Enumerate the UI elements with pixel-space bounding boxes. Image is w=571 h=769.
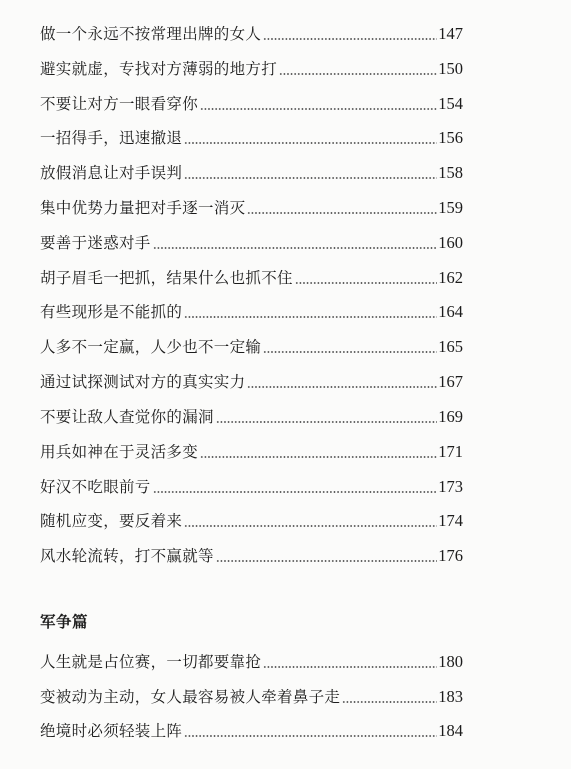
entry-title: 人多不一定赢，人少也不一定输: [40, 337, 261, 357]
toc-entry: 放假消息让对手误判 158: [40, 159, 463, 183]
entry-title: 要善于迷惑对手: [40, 233, 151, 253]
entry-page-number: 150: [438, 59, 463, 79]
toc-entry: 好汉不吃眼前亏 173: [40, 473, 463, 497]
entry-title: 风水轮流转，打不赢就等: [40, 546, 214, 566]
entry-title: 通过试探测试对方的真实实力: [40, 372, 245, 392]
entry-page-number: 154: [438, 94, 463, 114]
toc-entry: 集中优势力量把对手逐一消灭 159: [40, 194, 463, 218]
dot-leader: [153, 491, 438, 493]
entry-page-number: 165: [438, 337, 463, 357]
dot-leader: [279, 73, 437, 75]
toc-entry: 有些现形是不能抓的 164: [40, 298, 463, 322]
entry-page-number: 164: [438, 302, 463, 322]
dot-leader: [216, 560, 437, 562]
dot-leader: [200, 108, 437, 110]
entry-title: 避实就虚，专找对方薄弱的地方打: [40, 59, 277, 79]
toc-entry: 避实就虚，专找对方薄弱的地方打 150: [40, 55, 463, 79]
dot-leader: [263, 38, 437, 40]
entry-title: 不要让对方一眼看穿你: [40, 94, 198, 114]
entry-title: 用兵如神在于灵活多变: [40, 442, 198, 462]
toc-entry: 人生就是占位赛，一切都要靠抢 180: [40, 648, 463, 672]
toc-entry: 不要让对方一眼看穿你 154: [40, 90, 463, 114]
entry-page-number: 162: [438, 268, 463, 288]
entry-page-number: 167: [438, 372, 463, 392]
dot-leader: [184, 177, 437, 179]
entry-title: 胡子眉毛一把抓，结果什么也抓不住: [40, 268, 293, 288]
dot-leader: [263, 351, 437, 353]
toc-entry: 风水轮流转，打不赢就等 176: [40, 542, 463, 566]
entry-page-number: 160: [438, 233, 463, 253]
toc-entry: 用兵如神在于灵活多变 171: [40, 438, 463, 462]
entry-page-number: 174: [438, 511, 463, 531]
toc-entry: 通过试探测试对方的真实实力 167: [40, 368, 463, 392]
entry-page-number: 169: [438, 407, 463, 427]
toc-entry: 人多不一定赢，人少也不一定输 165: [40, 333, 463, 357]
entry-page-number: 171: [438, 442, 463, 462]
dot-leader: [216, 421, 437, 423]
entry-title: 做一个永远不按常理出牌的女人: [40, 24, 261, 44]
toc-entry: 做一个永远不按常理出牌的女人 147: [40, 20, 463, 44]
dot-leader: [184, 142, 437, 144]
dot-leader: [184, 316, 437, 318]
entry-page-number: 159: [438, 198, 463, 218]
dot-leader: [184, 735, 437, 737]
entry-title: 一招得手，迅速撤退: [40, 128, 182, 148]
dot-leader: [184, 525, 437, 527]
entry-page-number: 147: [438, 24, 463, 44]
toc-entry: 胡子眉毛一把抓，结果什么也抓不住 162: [40, 264, 463, 288]
dot-leader: [153, 247, 438, 249]
entry-title: 放假消息让对手误判: [40, 163, 182, 183]
entry-page-number: 184: [438, 721, 463, 741]
entry-title: 绝境时必须轻装上阵: [40, 721, 182, 741]
toc-page: 做一个永远不按常理出牌的女人 147 避实就虚，专找对方薄弱的地方打 150 不…: [0, 0, 571, 769]
dot-leader: [200, 456, 437, 458]
entry-page-number: 183: [438, 687, 463, 707]
entry-page-number: 156: [438, 128, 463, 148]
entry-title: 随机应变，要反着来: [40, 511, 182, 531]
entry-title: 不要让敌人查觉你的漏洞: [40, 407, 214, 427]
toc-entry: 不要让敌人查觉你的漏洞 169: [40, 403, 463, 427]
dot-leader: [247, 212, 437, 214]
entry-title: 集中优势力量把对手逐一消灭: [40, 198, 245, 218]
entry-title: 有些现形是不能抓的: [40, 302, 182, 322]
entry-page-number: 158: [438, 163, 463, 183]
entry-page-number: 180: [438, 652, 463, 672]
entry-title: 好汉不吃眼前亏: [40, 477, 151, 497]
entry-page-number: 176: [438, 546, 463, 566]
entry-title: 人生就是占位赛，一切都要靠抢: [40, 652, 261, 672]
entry-title: 变被动为主动，女人最容易被人牵着鼻子走: [40, 687, 340, 707]
section-heading: 军争篇: [40, 610, 88, 632]
toc-entry: 变被动为主动，女人最容易被人牵着鼻子走 183: [40, 683, 463, 707]
dot-leader: [342, 701, 437, 703]
toc-entry: 绝境时必须轻装上阵 184: [40, 717, 463, 741]
toc-entry: 一招得手，迅速撤退 156: [40, 124, 463, 148]
dot-leader: [295, 282, 437, 284]
toc-entry: 随机应变，要反着来 174: [40, 507, 463, 531]
dot-leader: [263, 666, 437, 668]
toc-entry: 要善于迷惑对手 160: [40, 229, 463, 253]
dot-leader: [247, 386, 437, 388]
entry-page-number: 173: [438, 477, 463, 497]
